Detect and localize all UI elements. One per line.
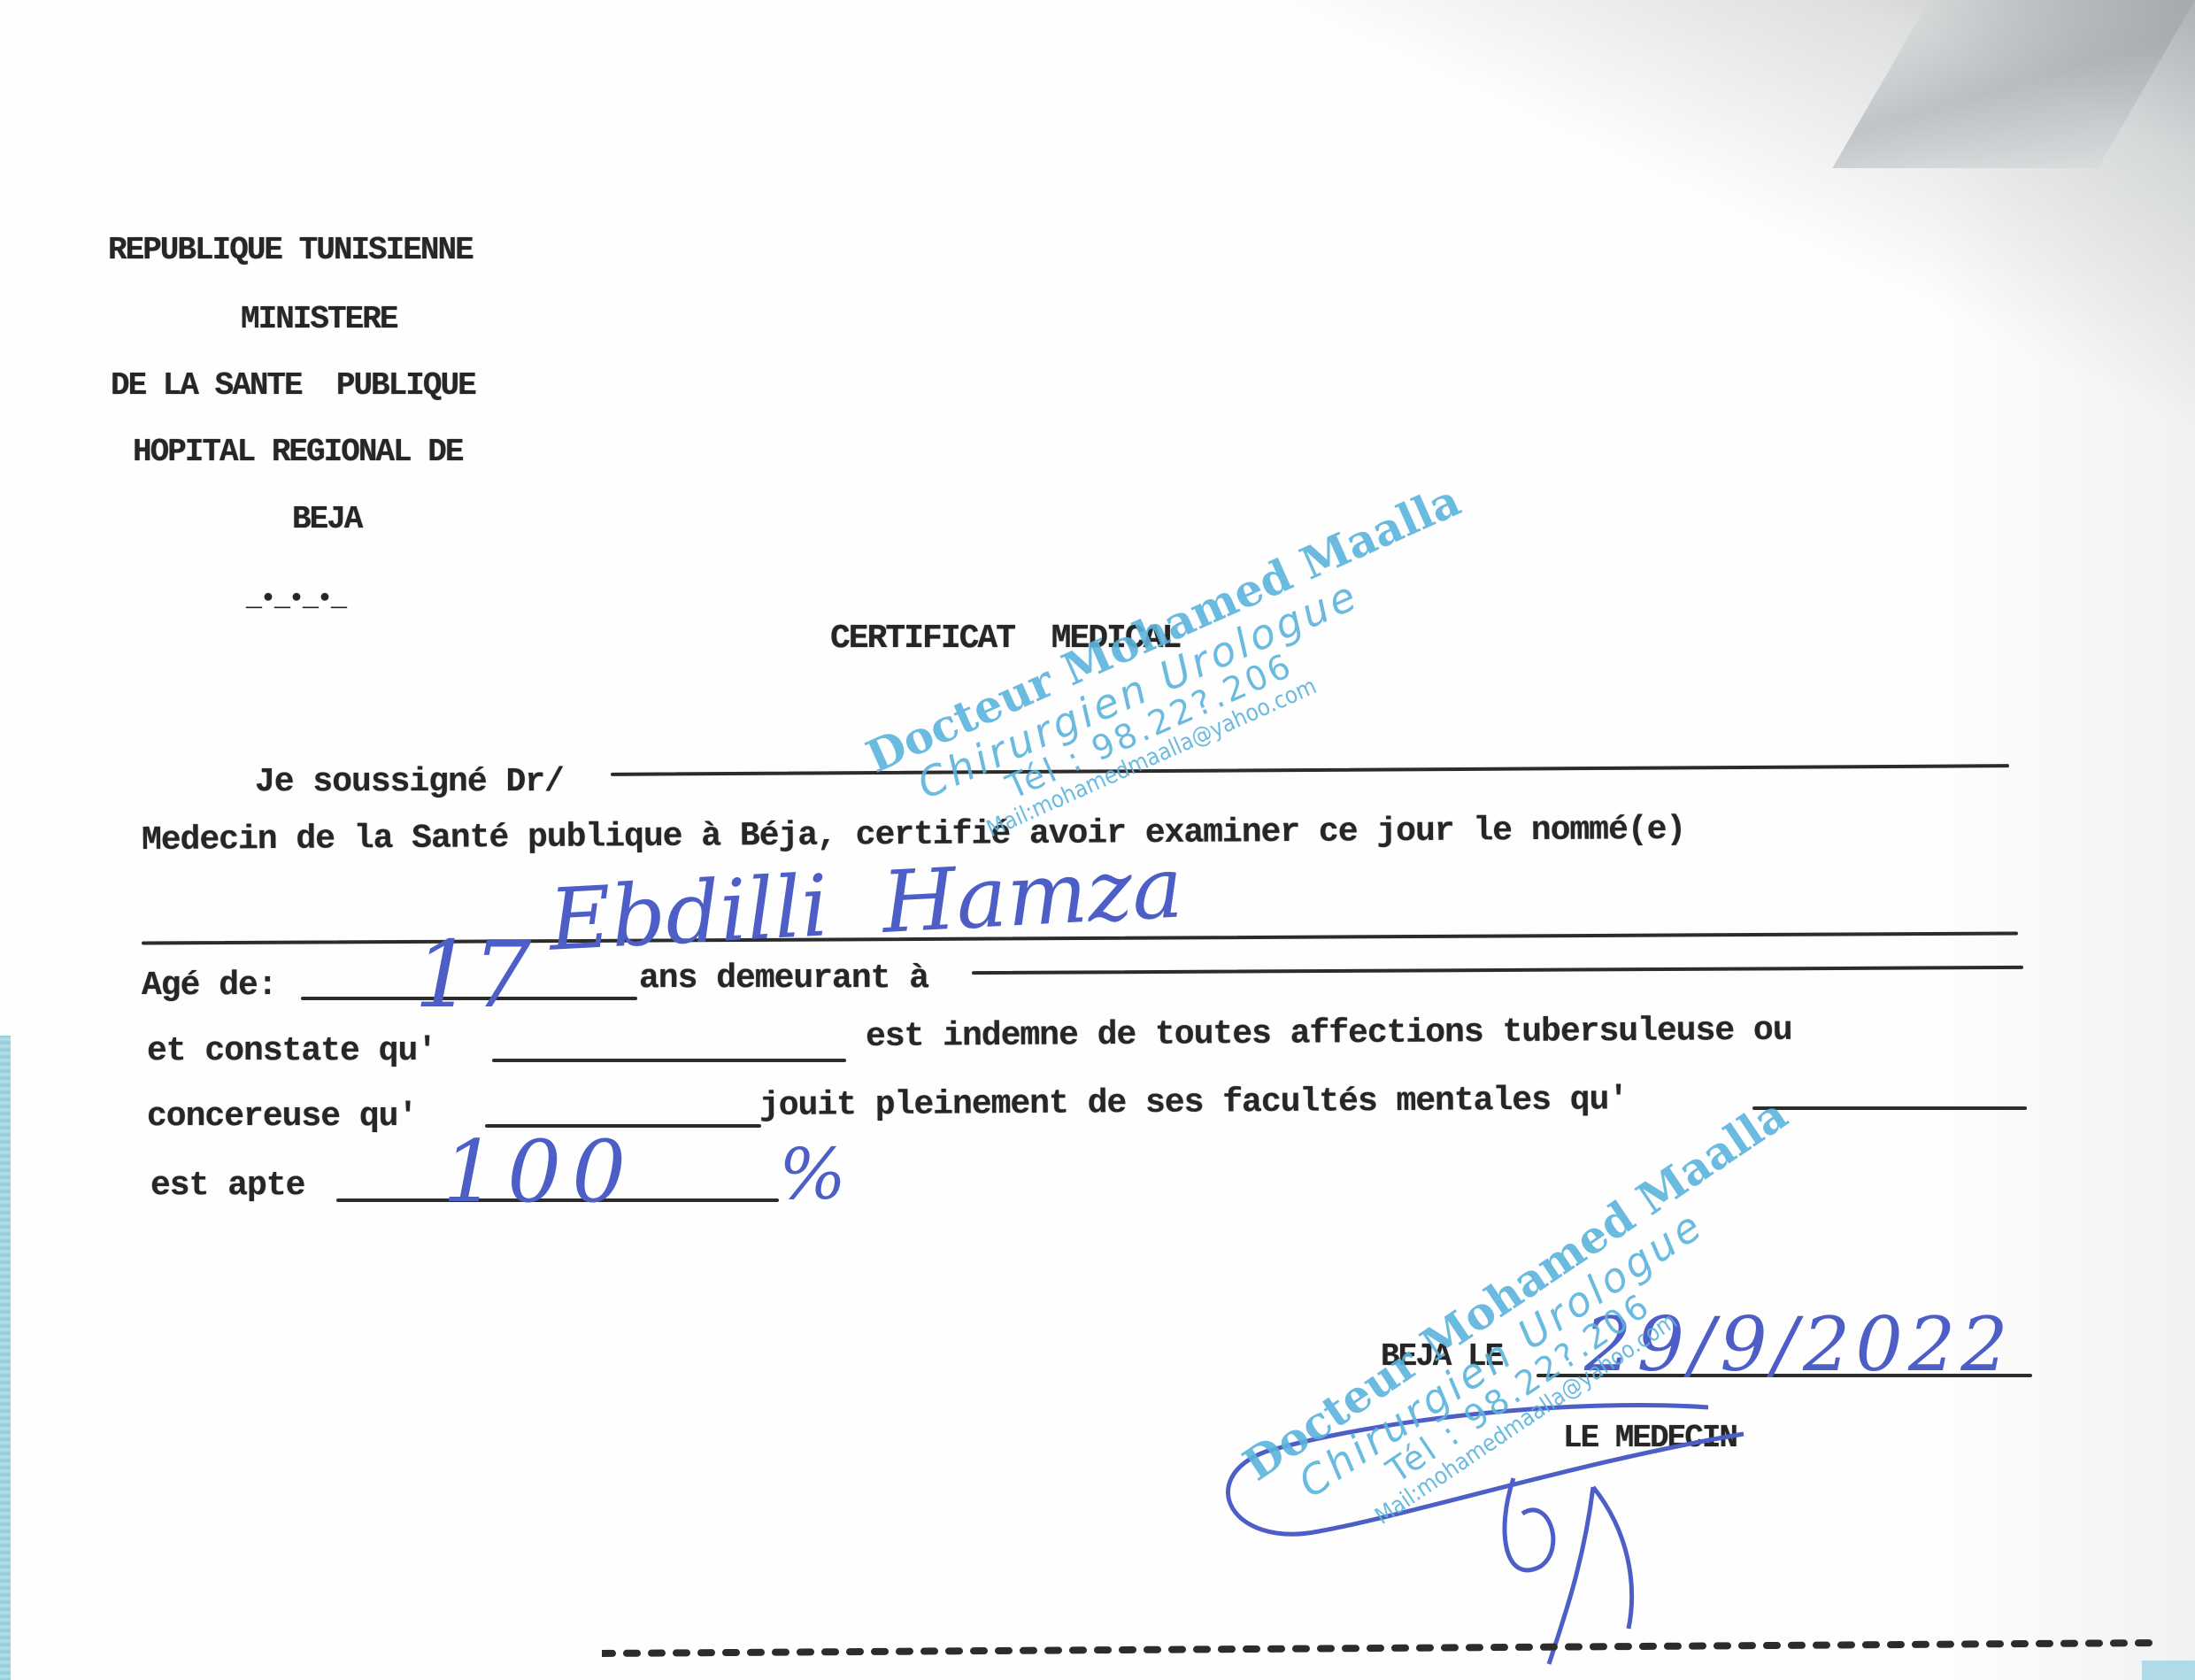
constate-field[interactable] [492, 1059, 846, 1062]
apte-label: est apte [150, 1167, 304, 1205]
constate-suffix: est indemne de toutes affections tubersu… [866, 1012, 1792, 1056]
bottom-edge-strip [2142, 1661, 2195, 1680]
left-edge-strip [0, 1036, 11, 1680]
doctor-label: Je soussigné Dr/ [255, 763, 564, 801]
age-suffix: ans demeurant à [639, 959, 928, 998]
header-line-health: DE LA SANTE PUBLIQUE [111, 367, 475, 404]
mental-field[interactable] [1752, 1106, 2027, 1110]
header-line-city: BEJA [292, 501, 361, 537]
perforation-line [602, 1639, 2160, 1657]
concereuse-suffix: jouit pleinement de ses facultés mentale… [759, 1081, 1628, 1125]
constate-label: et constate qu' [147, 1032, 436, 1070]
aptitude-handwritten: 100 [443, 1122, 636, 1221]
percent-handwritten: % [779, 1133, 846, 1215]
age-label: Agé de: [142, 967, 277, 1005]
header-separator: _•_•_•_ [246, 584, 345, 614]
header-line-republic: REPUBLIQUE TUNISIENNE [108, 232, 473, 268]
header-line-ministry: MINISTERE [241, 301, 397, 337]
concereuse-label: concereuse qu' [147, 1098, 417, 1136]
header-line-hospital: HOPITAL REGIONAL DE [133, 434, 462, 470]
age-handwritten: 17 [414, 921, 531, 1029]
